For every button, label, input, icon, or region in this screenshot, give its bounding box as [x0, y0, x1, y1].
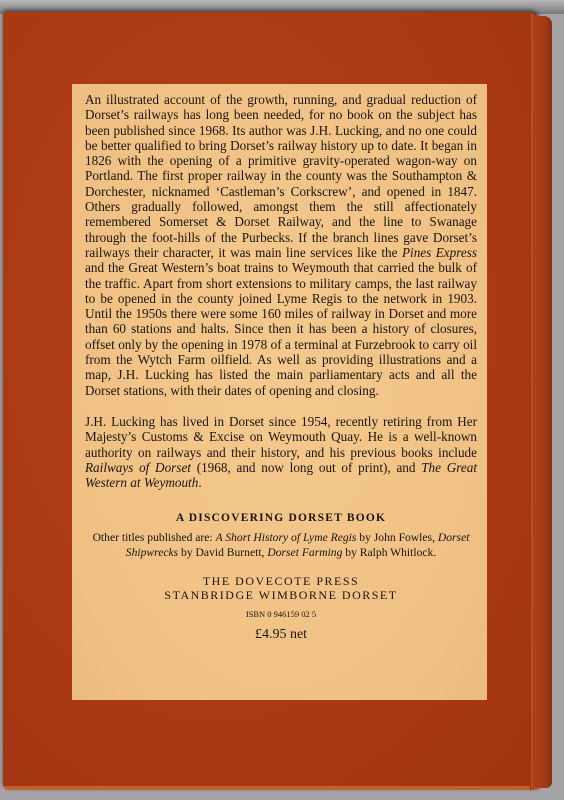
italic-title: Railways of Dorset	[85, 460, 191, 475]
blurb-paragraph: An illustrated account of the growth, ru…	[85, 92, 477, 398]
italic-title: Pines Express	[402, 245, 477, 260]
price: £4.95 net	[85, 627, 477, 643]
italic-title: Dorset Farming	[267, 546, 342, 559]
isbn: ISBN 0 946159 02 5	[85, 609, 477, 619]
other-titles: Other titles published are: A Short Hist…	[85, 531, 477, 559]
book-spine-edge	[534, 16, 552, 788]
text-panel: An illustrated account of the growth, ru…	[72, 84, 487, 700]
series-heading: A DISCOVERING DORSET BOOK	[85, 512, 477, 524]
publisher-block: THE DOVECOTE PRESS STANBRIDGE WIMBORNE D…	[85, 574, 477, 602]
italic-title: A Short History of Lyme Regis	[216, 531, 357, 544]
author-bio-paragraph: J.H. Lucking has lived in Dorset since 1…	[85, 414, 477, 490]
publisher-address: STANBRIDGE WIMBORNE DORSET	[164, 588, 397, 602]
publisher-name: THE DOVECOTE PRESS	[203, 574, 359, 588]
